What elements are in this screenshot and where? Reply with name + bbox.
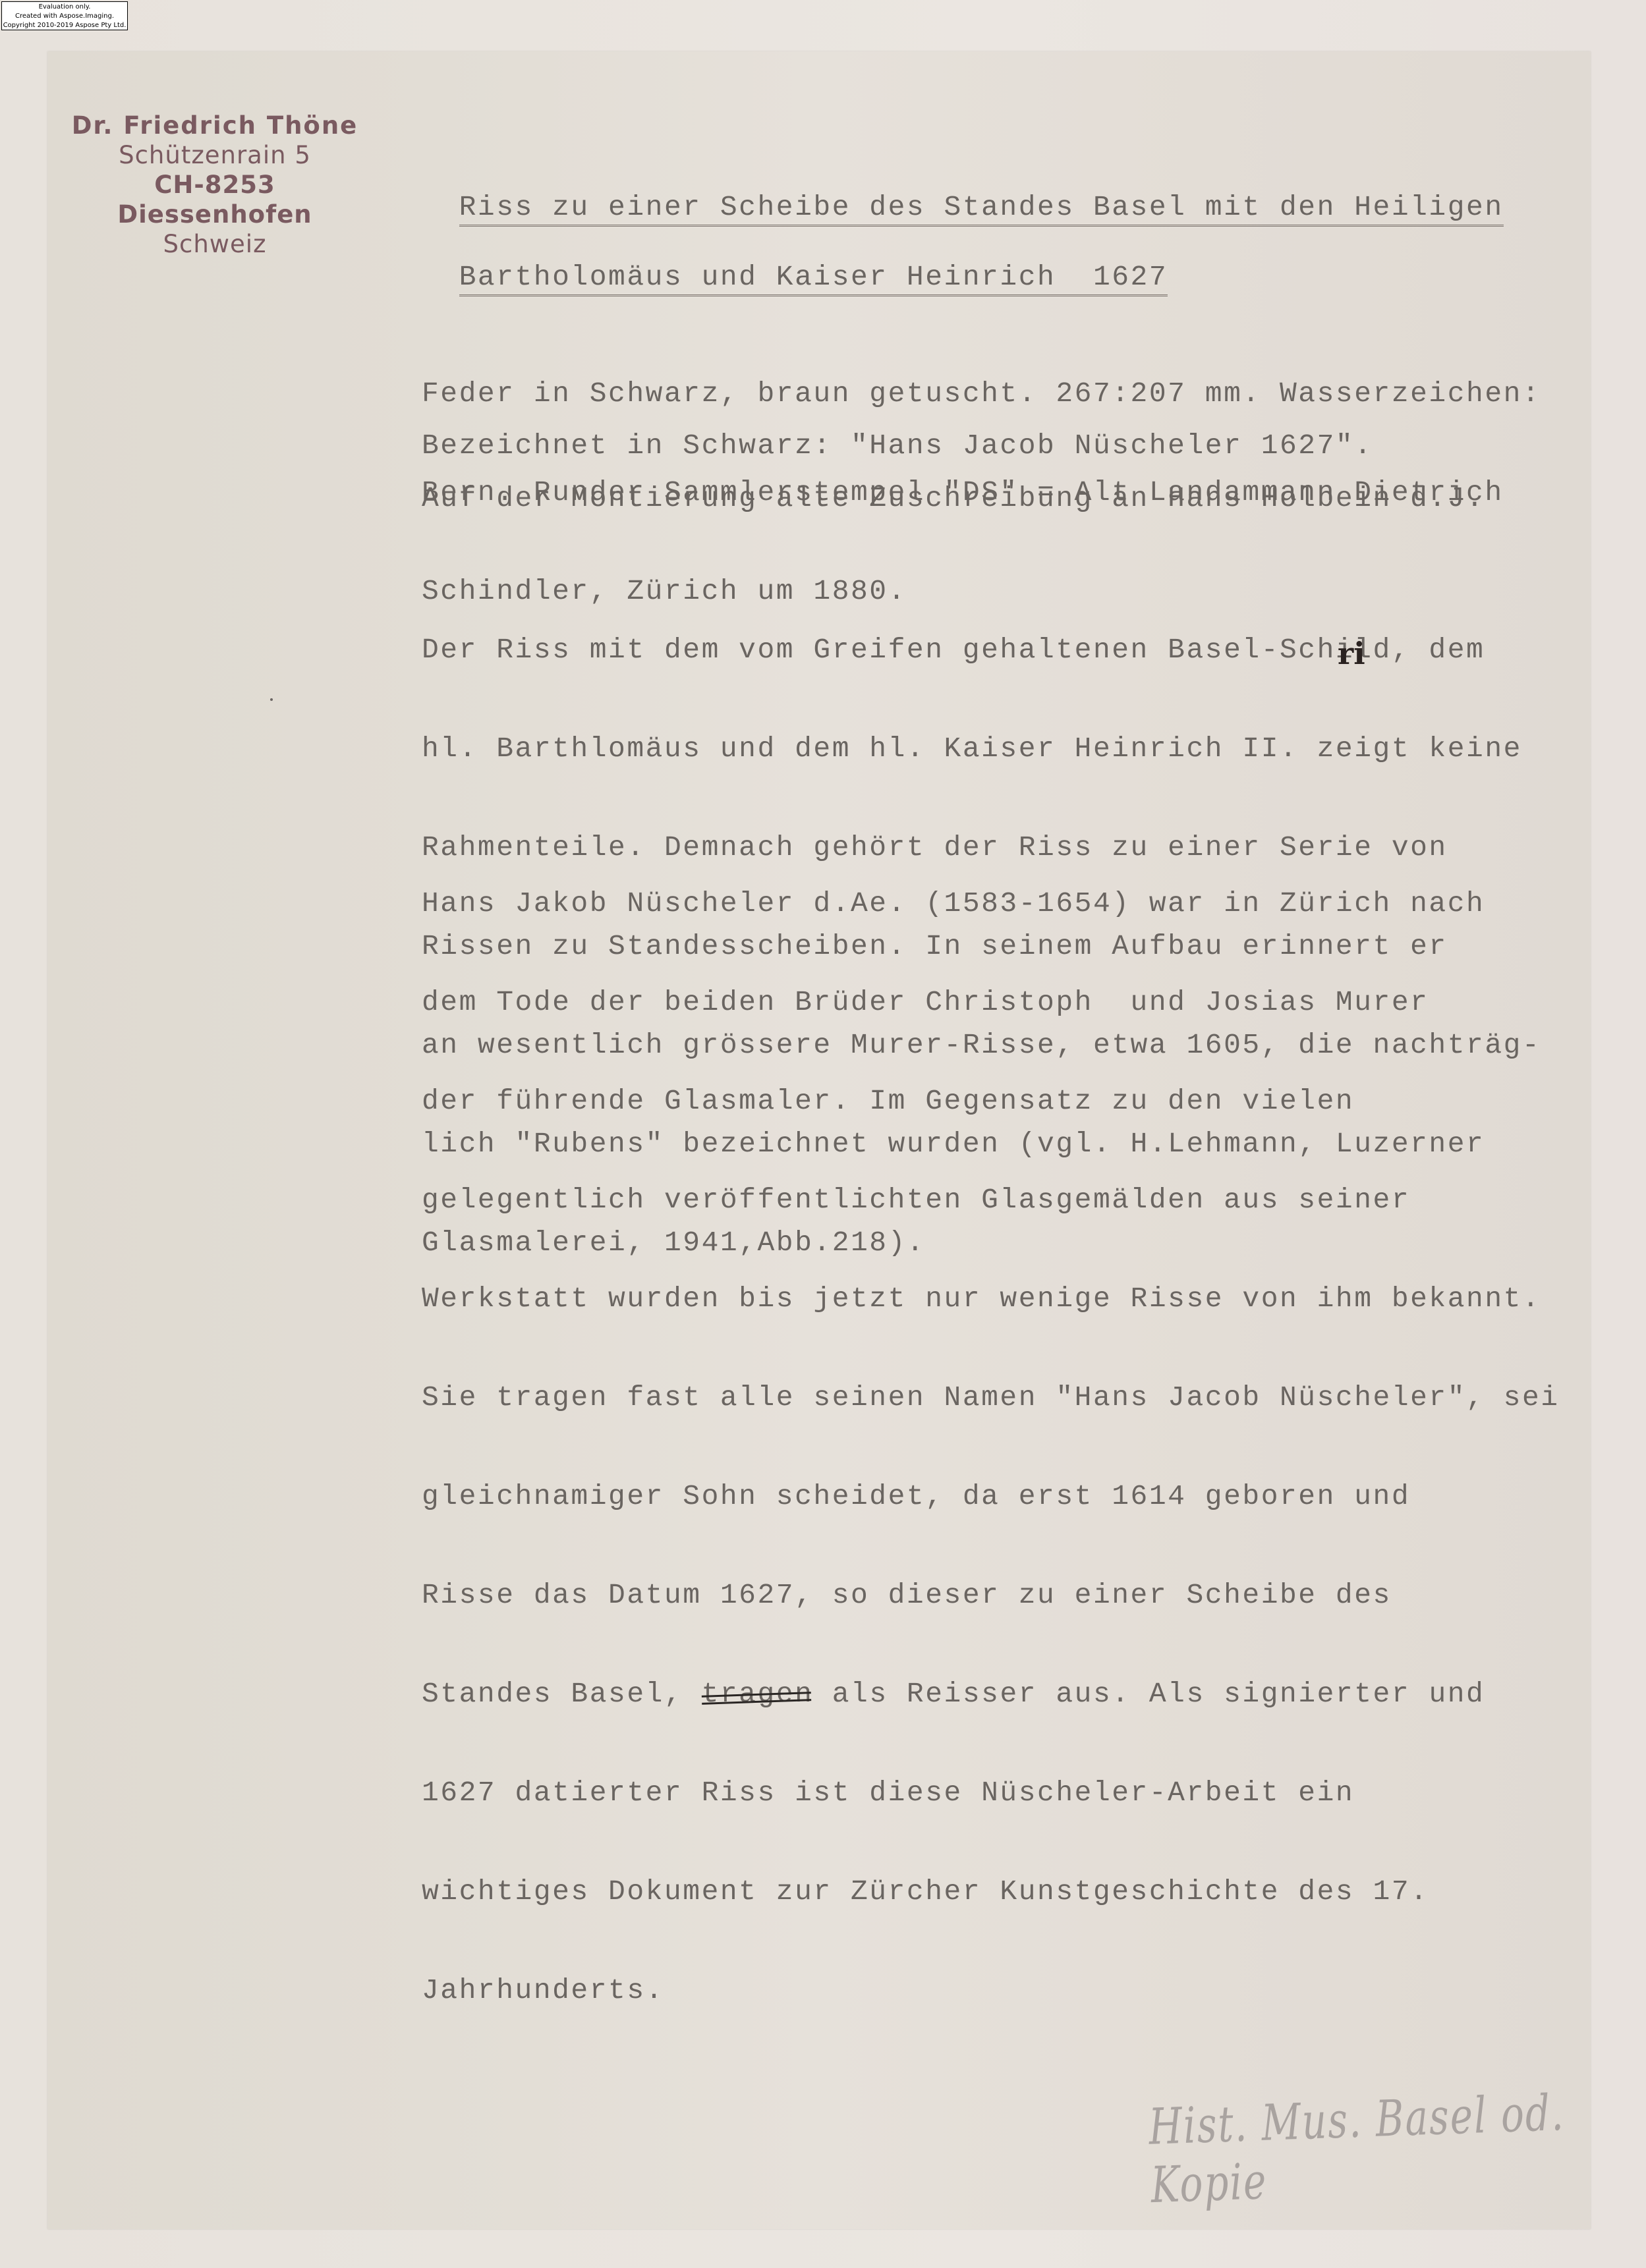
inscription-note: Bezeichnet in Schwarz: "Hans Jacob Nüsch… bbox=[422, 429, 1373, 462]
paragraph-line: 1627 datierter Riss ist diese Nüscheler-… bbox=[422, 1777, 1560, 1810]
paragraph-line: der führende Glasmaler. Im Gegensatz zu … bbox=[422, 1085, 1560, 1118]
paper-speck bbox=[270, 698, 273, 701]
stamp-city: CH-8253 Diessenhofen bbox=[57, 170, 373, 229]
watermark-line: Copyright 2010-2019 Aspose Pty Ltd. bbox=[2, 21, 127, 30]
text-before-strike: Standes Basel, bbox=[422, 1678, 702, 1710]
paragraph-line: Jahrhunderts. bbox=[422, 1974, 1560, 2007]
stamp-name: Dr. Friedrich Thöne bbox=[57, 111, 373, 140]
text-after-strike: als Reisser aus. Als signierter und bbox=[813, 1678, 1485, 1710]
paragraph-line-with-strikeout: Standes Basel, tragen als Reisser aus. A… bbox=[422, 1678, 1560, 1711]
struck-word: tragen bbox=[702, 1678, 814, 1711]
mounting-note: Auf der Montierung alte Zuschreibung an … bbox=[422, 482, 1485, 515]
description-line: Feder in Schwarz, braun getuscht. 267:20… bbox=[422, 377, 1541, 410]
paragraph-line: Sie tragen fast alle seinen Namen "Hans … bbox=[422, 1381, 1560, 1414]
watermark-line: Evaluation only. bbox=[2, 3, 127, 12]
paragraph-line: Risse das Datum 1627, so dieser zu einer… bbox=[422, 1579, 1560, 1612]
title-line: Bartholomäus und Kaiser Heinrich 1627 bbox=[459, 261, 1168, 296]
pencil-annotation: Hist. Mus. Basel od. Kopie bbox=[1148, 2080, 1646, 2214]
stamp-street: Schützenrain 5 bbox=[57, 140, 373, 170]
letterhead-stamp: Dr. Friedrich Thöne Schützenrain 5 CH-82… bbox=[57, 111, 373, 259]
stamp-country: Schweiz bbox=[57, 229, 373, 259]
paragraph-artist: Hans Jakob Nüscheler d.Ae. (1583-1654) w… bbox=[422, 821, 1560, 2040]
paragraph-line: wichtiges Dokument zur Zürcher Kunstgesc… bbox=[422, 1875, 1560, 1908]
paragraph-line: Der Riss mit dem vom Greifen gehaltenen … bbox=[422, 634, 1541, 667]
paragraph-line: gelegentlich veröffentlichten Glasgemäld… bbox=[422, 1184, 1560, 1217]
paragraph-line: Werkstatt wurden bis jetzt nur wenige Ri… bbox=[422, 1283, 1560, 1315]
paragraph-line: Hans Jakob Nüscheler d.Ae. (1583-1654) w… bbox=[422, 887, 1560, 920]
title-line: Riss zu einer Scheibe des Standes Basel … bbox=[459, 191, 1504, 227]
handwritten-ink-correction: ri bbox=[1338, 636, 1365, 671]
document-title: Riss zu einer Scheibe des Standes Basel … bbox=[422, 158, 1504, 298]
paragraph-line: gleichnamiger Sohn scheidet, da erst 161… bbox=[422, 1480, 1560, 1513]
paragraph-line: hl. Barthlomäus und dem hl. Kaiser Heinr… bbox=[422, 733, 1541, 765]
evaluation-watermark: Evaluation only. Created with Aspose.Ima… bbox=[1, 1, 128, 30]
paragraph-line: dem Tode der beiden Brüder Christoph und… bbox=[422, 986, 1560, 1019]
watermark-line: Created with Aspose.Imaging. bbox=[2, 12, 127, 21]
